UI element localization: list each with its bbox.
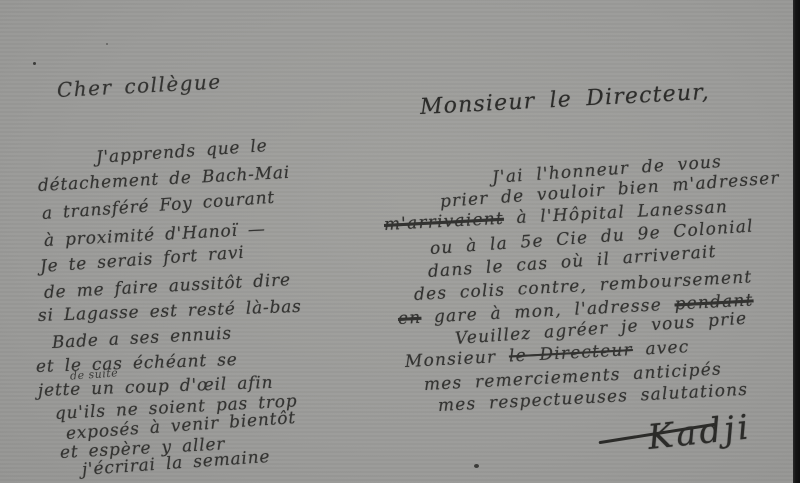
struck-word: m'arrivaient (383, 209, 504, 235)
line-text: Monsieur (404, 347, 496, 372)
letter-scan: Cher collègue J'apprends que le détachem… (0, 0, 800, 483)
ink-speck (33, 62, 36, 65)
handwritten-line-left-8: Bade a ses ennuis (51, 324, 232, 353)
handwritten-line-left-9: et le cas échéant se (36, 350, 238, 377)
right-heading: Monsieur le Directeur, (419, 80, 710, 120)
overwritten-word: le Directeur (508, 340, 633, 366)
handwritten-line-left-1: J'apprends que le (95, 136, 268, 168)
struck-word: en (397, 308, 421, 329)
scan-edge-strip (793, 0, 800, 483)
line-text: avec (645, 337, 690, 359)
left-salutation: Cher collègue (56, 69, 222, 102)
ink-speck (106, 43, 108, 45)
ink-speck (474, 464, 479, 468)
